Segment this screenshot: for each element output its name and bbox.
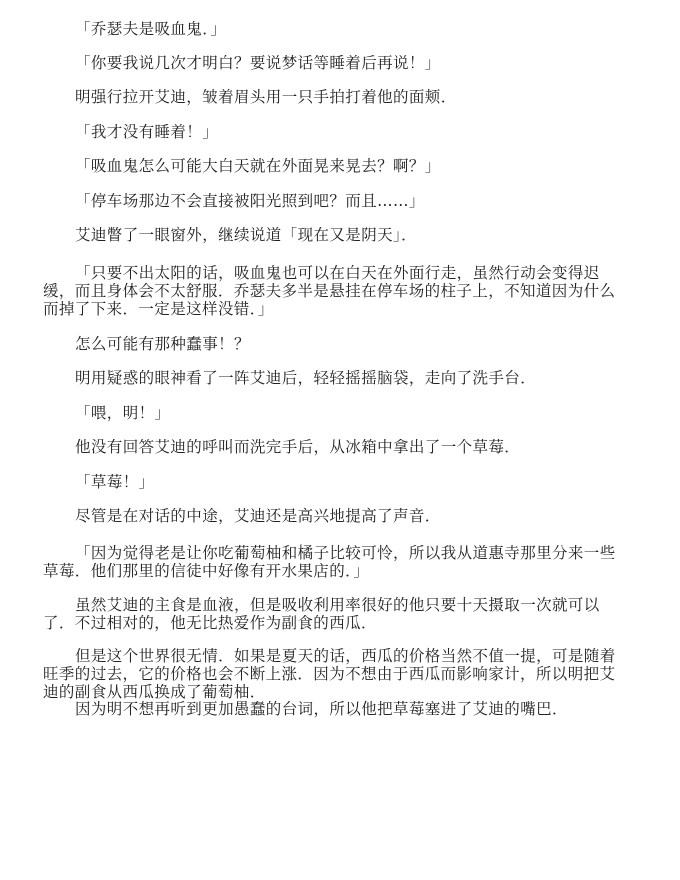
paragraph: 「草莓！」 <box>43 473 631 491</box>
paragraph: 明用疑惑的眼神看了一阵艾迪后，轻轻摇摇脑袋，走向了洗手台． <box>43 369 631 387</box>
paragraph: 他没有回答艾迪的呼叫而洗完手后，从冰箱中拿出了一个草莓． <box>43 438 631 456</box>
paragraph: 「乔瑟夫是吸血鬼．」 <box>43 20 631 38</box>
paragraph: 「我才没有睡着！」 <box>43 123 631 141</box>
paragraph: 明强行拉开艾迪，皱着眉头用一只手拍打着他的面颊． <box>43 88 631 106</box>
paragraph: 因为明不想再听到更加愚蠢的台词，所以他把草莓塞进了艾迪的嘴巴． <box>43 700 631 718</box>
paragraph: 虽然艾迪的主食是血液，但是吸收利用率很好的他只要十天摄取一次就可以了．不过相对的… <box>43 596 631 632</box>
paragraph: 艾迪瞥了一眼窗外，继续说道「现在又是阴天」． <box>43 226 631 244</box>
paragraph: 但是这个世界很无情．如果是夏天的话，西瓜的价格当然不值一提，可是随着旺季的过去，… <box>43 647 631 701</box>
paragraph: 「因为觉得老是让你吃葡萄柚和橘子比较可怜，所以我从道惠寺那里分来一些草莓．他们那… <box>43 544 631 580</box>
paragraph: 「吸血鬼怎么可能大白天就在外面晃来晃去？啊？」 <box>43 157 631 175</box>
paragraph: 「喂，明！」 <box>43 404 631 422</box>
paragraph: 「停车场那边不会直接被阳光照到吧？而且……」 <box>43 192 631 210</box>
paragraph: 「你要我说几次才明白？要说梦话等睡着后再说！」 <box>43 54 631 72</box>
paragraph: 怎么可能有那种蠢事！？ <box>43 335 631 353</box>
paragraph: 尽管是在对话的中途，艾迪还是高兴地提高了声音． <box>43 507 631 525</box>
paragraph: 「只要不出太阳的话，吸血鬼也可以在白天在外面行走，虽然行动会变得迟缓，而且身体会… <box>43 264 631 318</box>
